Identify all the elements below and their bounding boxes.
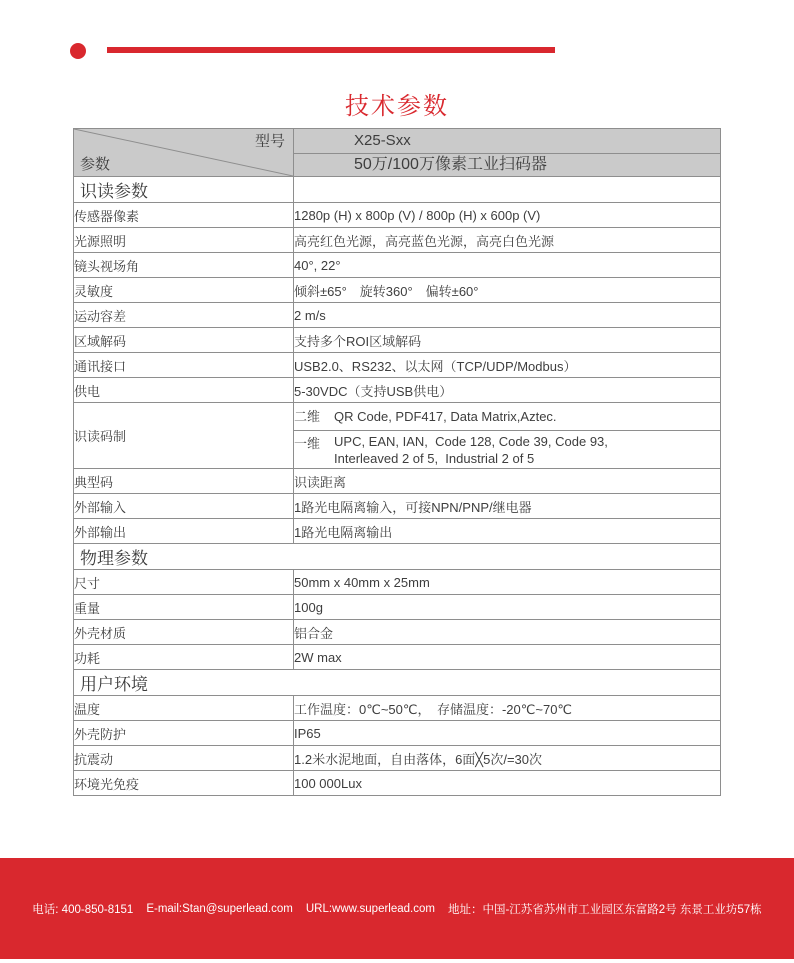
table-row: 外壳材质 铝合金 — [74, 620, 721, 645]
section-reading-empty-cell — [294, 177, 721, 203]
table-row: 尺寸 50mm x 40mm x 25mm — [74, 570, 721, 595]
table-row: 功耗 2W max — [74, 645, 721, 670]
page-title: 技术参数 — [0, 86, 794, 121]
spec-value-codes-1d: 一维 UPC, EAN, IAN, Code 128, Code 39, Cod… — [294, 431, 721, 469]
spec-label: 环境光免疫 — [74, 771, 294, 796]
table-row: 外部输入 1路光电隔离输入，可接NPN/PNP/继电器 — [74, 494, 721, 519]
spec-value: 支持多个ROI区域解码 — [294, 328, 721, 353]
model-description: 50万/100万像素工业扫码器 — [294, 154, 720, 176]
spec-label: 运动容差 — [74, 303, 294, 328]
spec-label-codes: 识读码制 — [74, 403, 294, 469]
spec-value: 2W max — [294, 645, 721, 670]
table-row: 外部输出 1路光电隔离输出 — [74, 519, 721, 544]
codes-1d-prefix: 一维 — [294, 433, 320, 452]
spec-value: USB2.0、RS232、以太网（TCP/UDP/Modbus） — [294, 353, 721, 378]
section-row-environment: 用户环境 — [74, 670, 721, 696]
spec-label: 灵敏度 — [74, 278, 294, 303]
spec-value-codes-2d: 二维 QR Code, PDF417, Data Matrix,Aztec. — [294, 403, 721, 431]
table-row: 传感器像素 1280p (H) x 800p (V) / 800p (H) x … — [74, 203, 721, 228]
table-row: 抗震动 1.2米水泥地面，自由落体，6面╳5次/=30次 — [74, 746, 721, 771]
spec-label: 镜头视场角 — [74, 253, 294, 278]
table-row: 区域解码 支持多个ROI区域解码 — [74, 328, 721, 353]
table-row: 典型码 识读距离 — [74, 469, 721, 494]
red-dot-decoration — [70, 43, 86, 59]
table-row: 重量 100g — [74, 595, 721, 620]
spec-label: 温度 — [74, 696, 294, 721]
spec-value: 100g — [294, 595, 721, 620]
table-row: 灵敏度 倾斜±65° 旋转360° 偏转±60° — [74, 278, 721, 303]
spec-value: 2 m/s — [294, 303, 721, 328]
spec-label: 典型码 — [74, 469, 294, 494]
table-row: 镜头视场角 40°, 22° — [74, 253, 721, 278]
codes-2d-prefix: 二维 — [294, 409, 320, 424]
section-title-physical: 物理参数 — [74, 544, 721, 570]
param-axis-label: 参数 — [80, 153, 110, 174]
spec-label: 通讯接口 — [74, 353, 294, 378]
spec-label: 供电 — [74, 378, 294, 403]
table-corner-cell: 型号 参数 — [74, 129, 294, 177]
spec-value: 铝合金 — [294, 620, 721, 645]
spec-label: 区域解码 — [74, 328, 294, 353]
spec-value: 40°, 22° — [294, 253, 721, 278]
spec-value: 1路光电隔离输出 — [294, 519, 721, 544]
section-row-physical: 物理参数 — [74, 544, 721, 570]
table-row-codes-2d: 识读码制 二维 QR Code, PDF417, Data Matrix,Azt… — [74, 403, 721, 431]
table-header-row: 型号 参数 X25-Sxx 50万/100万像素工业扫码器 — [74, 129, 721, 177]
model-name: X25-Sxx — [294, 129, 720, 154]
section-title-reading: 识读参数 — [74, 177, 294, 203]
section-row-reading: 识读参数 — [74, 177, 721, 203]
spec-label: 外部输出 — [74, 519, 294, 544]
spec-value: 识读距离 — [294, 469, 721, 494]
spec-value: 1.2米水泥地面，自由落体，6面╳5次/=30次 — [294, 746, 721, 771]
table-row: 环境光免疫 100 000Lux — [74, 771, 721, 796]
codes-1d-list: UPC, EAN, IAN, Code 128, Code 39, Code 9… — [334, 433, 720, 467]
table-row: 运动容差 2 m/s — [74, 303, 721, 328]
spec-value: 100 000Lux — [294, 771, 721, 796]
spec-value: IP65 — [294, 721, 721, 746]
spec-label: 外壳防护 — [74, 721, 294, 746]
table-row: 光源照明 高亮红色光源，高亮蓝色光源，高亮白色光源 — [74, 228, 721, 253]
spec-value: 高亮红色光源，高亮蓝色光源，高亮白色光源 — [294, 228, 721, 253]
table-row: 通讯接口 USB2.0、RS232、以太网（TCP/UDP/Modbus） — [74, 353, 721, 378]
spec-label: 光源照明 — [74, 228, 294, 253]
footer-email: E-mail:Stan@superlead.com — [146, 903, 293, 915]
spec-value: 50mm x 40mm x 25mm — [294, 570, 721, 595]
spec-value: 1路光电隔离输入，可接NPN/PNP/继电器 — [294, 494, 721, 519]
spec-label: 功耗 — [74, 645, 294, 670]
spec-label: 尺寸 — [74, 570, 294, 595]
spec-value: 1280p (H) x 800p (V) / 800p (H) x 600p (… — [294, 203, 721, 228]
model-axis-label: 型号 — [255, 130, 285, 151]
spec-label: 外部输入 — [74, 494, 294, 519]
model-header-cell: X25-Sxx 50万/100万像素工业扫码器 — [294, 129, 721, 177]
spec-value: 工作温度：0℃~50℃， 存储温度：-20℃~70℃ — [294, 696, 721, 721]
section-title-environment: 用户环境 — [74, 670, 721, 696]
table-row: 外壳防护 IP65 — [74, 721, 721, 746]
spec-label: 传感器像素 — [74, 203, 294, 228]
red-line-decoration — [107, 47, 555, 53]
footer-address: 地址：中国-江苏省苏州市工业园区东富路2号 东景工业坊57栋 — [448, 901, 762, 917]
footer-url: URL:www.superlead.com — [306, 903, 435, 915]
footer-phone: 电话: 400-850-8151 — [32, 901, 133, 917]
spec-table: 型号 参数 X25-Sxx 50万/100万像素工业扫码器 识读参数 传感器像素… — [73, 128, 721, 796]
table-row: 供电 5-30VDC（支持USB供电） — [74, 378, 721, 403]
footer-bar: 电话: 400-850-8151 E-mail:Stan@superlead.c… — [0, 858, 794, 959]
table-row: 温度 工作温度：0℃~50℃， 存储温度：-20℃~70℃ — [74, 696, 721, 721]
spec-value: 5-30VDC（支持USB供电） — [294, 378, 721, 403]
spec-label: 抗震动 — [74, 746, 294, 771]
codes-2d-list: QR Code, PDF417, Data Matrix,Aztec. — [334, 409, 720, 424]
spec-value: 倾斜±65° 旋转360° 偏转±60° — [294, 278, 721, 303]
spec-label: 重量 — [74, 595, 294, 620]
spec-label: 外壳材质 — [74, 620, 294, 645]
